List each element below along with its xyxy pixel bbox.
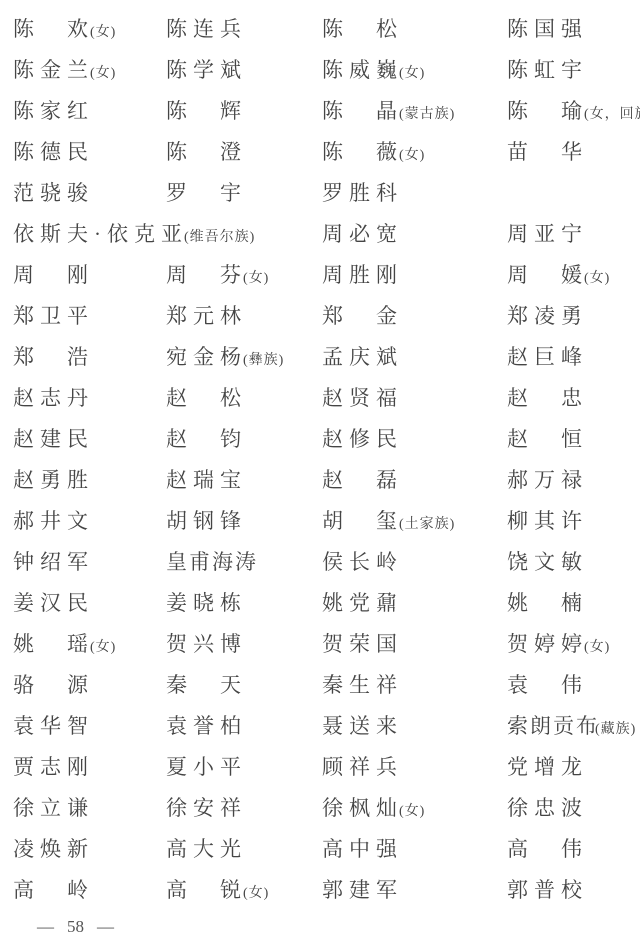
person-name: 贺婷婷: [507, 632, 588, 656]
person-name: 赵 忠: [507, 386, 588, 410]
gender-ethnicity-note: (女): [399, 804, 425, 819]
name-entry: 皇甫海涛: [166, 552, 322, 573]
person-name: 高 锐: [166, 878, 247, 902]
name-entry: 赵建民: [13, 429, 166, 450]
person-name: 高 岭: [13, 878, 94, 902]
name-row: 陈 欢(女)陈连兵陈 松陈国强: [13, 9, 640, 50]
gender-ethnicity-note: (女): [90, 640, 116, 655]
name-row: 郑 浩宛金杨(彝族)孟庆斌赵巨峰: [13, 337, 640, 378]
person-name: 贾志刚: [13, 755, 94, 779]
person-name: 饶文敏: [507, 550, 588, 574]
name-row: 钟绍军皇甫海涛侯长岭饶文敏: [13, 542, 640, 583]
person-name: 徐忠波: [507, 796, 588, 820]
person-name: 姚 瑶: [13, 632, 94, 656]
name-entry: 陈威巍(女): [322, 60, 507, 81]
name-entry: 郝万禄: [507, 470, 640, 491]
person-name: 姚党鼐: [322, 591, 403, 615]
gender-ethnicity-note: (女): [90, 25, 116, 40]
person-name: 陈国强: [507, 17, 588, 41]
person-name: 赵勇胜: [13, 468, 94, 492]
name-row: 骆 源秦 天秦生祥袁 伟: [13, 665, 640, 706]
person-name: 胡 玺: [322, 509, 403, 533]
name-entry: 陈德民: [13, 142, 166, 163]
person-name: 陈 松: [322, 17, 403, 41]
person-name: 赵 磊: [322, 468, 403, 492]
name-entry: 周 媛(女): [507, 265, 640, 286]
name-entry: 贾志刚: [13, 757, 166, 778]
name-entry: 姚 瑶(女): [13, 634, 166, 655]
name-entry: 郑 金: [322, 306, 507, 327]
person-name: 郝万禄: [507, 468, 588, 492]
name-entry: 宛金杨(彝族): [166, 347, 322, 368]
name-row: 贾志刚夏小平顾祥兵党增龙: [13, 747, 640, 788]
gender-ethnicity-note: (女): [243, 271, 269, 286]
name-entry: 侯长岭: [322, 552, 507, 573]
name-entry: 郑凌勇: [507, 306, 640, 327]
gender-ethnicity-note: (女): [399, 148, 425, 163]
name-entry: 依斯夫·依克亚(维吾尔族): [13, 224, 322, 245]
name-entry: 高大光: [166, 839, 322, 860]
name-entry: 陈学斌: [166, 60, 322, 81]
person-name: 郑元林: [166, 304, 247, 328]
name-row: 郝井文胡钢锋胡 玺(土家族)柳其许: [13, 501, 640, 542]
name-entry: 陈 薇(女): [322, 142, 507, 163]
name-entry: 袁 伟: [507, 675, 640, 696]
person-name: 陈 澄: [166, 140, 247, 164]
name-row: 凌焕新高大光高中强高 伟: [13, 829, 640, 870]
person-name: 孟庆斌: [322, 345, 403, 369]
name-row: 周 刚周 芬(女)周胜刚周 媛(女): [13, 255, 640, 296]
name-entry: 郑 浩: [13, 347, 166, 368]
name-row: 赵志丹赵 松赵贤福赵 忠: [13, 378, 640, 419]
person-name: 陈德民: [13, 140, 94, 164]
person-name: 高 伟: [507, 837, 588, 861]
name-row: 徐立谦徐安祥徐枫灿(女)徐忠波: [13, 788, 640, 829]
person-name: 周 芬: [166, 263, 247, 287]
person-name: 陈 瑜: [507, 99, 588, 123]
name-row: 陈金兰(女)陈学斌陈威巍(女)陈虹宇: [13, 50, 640, 91]
person-name: 索朗贡布: [507, 714, 599, 738]
name-entry: 周 芬(女): [166, 265, 322, 286]
person-name: 徐立谦: [13, 796, 94, 820]
person-name: 柳其许: [507, 509, 588, 533]
gender-ethnicity-note: (女): [90, 66, 116, 81]
name-entry: 高 岭: [13, 880, 166, 901]
name-row: 赵建民赵 钧赵修民赵 恒: [13, 419, 640, 460]
name-row: 高 岭高 锐(女)郭建军郭普校: [13, 870, 640, 911]
name-entry: 陈家红: [13, 101, 166, 122]
name-entry: 赵瑞宝: [166, 470, 322, 491]
name-entry: 姚党鼐: [322, 593, 507, 614]
name-entry: 胡 玺(土家族): [322, 511, 507, 532]
name-entry: 高中强: [322, 839, 507, 860]
person-name: 罗胜科: [322, 181, 403, 205]
name-entry: 陈 晶(蒙古族): [322, 101, 507, 122]
person-name: 党增龙: [507, 755, 588, 779]
person-name: 罗 宇: [166, 181, 247, 205]
footer-dash-right: —: [97, 917, 114, 937]
name-entry: 袁华智: [13, 716, 166, 737]
person-name: 陈学斌: [166, 58, 247, 82]
person-name: 周亚宁: [507, 222, 588, 246]
person-name: 赵贤福: [322, 386, 403, 410]
name-entry: 罗胜科: [322, 183, 507, 204]
document-page: 陈 欢(女)陈连兵陈 松陈国强陈金兰(女)陈学斌陈威巍(女)陈虹宇陈家红陈 辉陈…: [0, 0, 640, 947]
name-entry: 赵贤福: [322, 388, 507, 409]
name-entry: 陈国强: [507, 19, 640, 40]
page-number: 58: [67, 917, 84, 937]
name-entry: 陈 欢(女): [13, 19, 166, 40]
name-entry: 陈连兵: [166, 19, 322, 40]
name-entry: 范骁骏: [13, 183, 166, 204]
name-entry: 柳其许: [507, 511, 640, 532]
gender-ethnicity-note: (女): [584, 640, 610, 655]
name-entry: 郭建军: [322, 880, 507, 901]
person-name: 周 媛: [507, 263, 588, 287]
person-name: 郑卫平: [13, 304, 94, 328]
gender-ethnicity-note: (土家族): [399, 517, 455, 532]
name-entry: 陈 瑜(女，回族): [507, 101, 640, 122]
name-entry: 陈 松: [322, 19, 507, 40]
person-name: 陈 欢: [13, 17, 94, 41]
person-name: 赵修民: [322, 427, 403, 451]
name-entry: 罗 宇: [166, 183, 322, 204]
person-name: 徐枫灿: [322, 796, 403, 820]
person-name: 胡钢锋: [166, 509, 247, 533]
person-name: 贺荣国: [322, 632, 403, 656]
name-entry: 孟庆斌: [322, 347, 507, 368]
name-entry: 周亚宁: [507, 224, 640, 245]
person-name: 郭建军: [322, 878, 403, 902]
name-entry: 饶文敏: [507, 552, 640, 573]
name-row: 依斯夫·依克亚(维吾尔族)周必宽周亚宁: [13, 214, 640, 255]
name-entry: 赵 恒: [507, 429, 640, 450]
name-entry: 赵 忠: [507, 388, 640, 409]
name-entry: 陈 辉: [166, 101, 322, 122]
name-entry: 陈虹宇: [507, 60, 640, 81]
name-entry: 秦生祥: [322, 675, 507, 696]
name-entry: 聂送来: [322, 716, 507, 737]
person-name: 陈 晶: [322, 99, 403, 123]
name-entry: 胡钢锋: [166, 511, 322, 532]
name-row: 袁华智袁誉柏聂送来索朗贡布(藏族): [13, 706, 640, 747]
page-footer: — 58 —: [13, 917, 640, 937]
person-name: 范骁骏: [13, 181, 94, 205]
name-entry: 贺婷婷(女): [507, 634, 640, 655]
gender-ethnicity-note: (女，回族): [584, 107, 640, 122]
person-name: 郑凌勇: [507, 304, 588, 328]
name-entry: 姜汉民: [13, 593, 166, 614]
person-name: 陈 辉: [166, 99, 247, 123]
person-name: 袁华智: [13, 714, 94, 738]
person-name: 皇甫海涛: [166, 550, 258, 574]
name-entry: 郝井文: [13, 511, 166, 532]
name-list: 陈 欢(女)陈连兵陈 松陈国强陈金兰(女)陈学斌陈威巍(女)陈虹宇陈家红陈 辉陈…: [13, 9, 640, 911]
person-name: 贺兴博: [166, 632, 247, 656]
person-name: 赵 松: [166, 386, 247, 410]
name-entry: 党增龙: [507, 757, 640, 778]
person-name: 周 刚: [13, 263, 94, 287]
name-entry: 徐安祥: [166, 798, 322, 819]
name-entry: 凌焕新: [13, 839, 166, 860]
name-entry: 郑元林: [166, 306, 322, 327]
name-entry: 徐忠波: [507, 798, 640, 819]
person-name: 郑 金: [322, 304, 403, 328]
person-name: 凌焕新: [13, 837, 94, 861]
person-name: 顾祥兵: [322, 755, 403, 779]
name-entry: 赵 钧: [166, 429, 322, 450]
person-name: 陈虹宇: [507, 58, 588, 82]
footer-dash-left: —: [37, 917, 54, 937]
name-row: 陈家红陈 辉陈 晶(蒙古族)陈 瑜(女，回族): [13, 91, 640, 132]
person-name: 聂送来: [322, 714, 403, 738]
person-name: 赵 钧: [166, 427, 247, 451]
gender-ethnicity-note: (彝族): [243, 353, 284, 368]
person-name: 赵 恒: [507, 427, 588, 451]
person-name: 陈威巍: [322, 58, 403, 82]
name-row: 赵勇胜赵瑞宝赵 磊郝万禄: [13, 460, 640, 501]
name-entry: 贺荣国: [322, 634, 507, 655]
person-name: 高中强: [322, 837, 403, 861]
name-row: 陈德民陈 澄陈 薇(女)苗 华: [13, 132, 640, 173]
person-name: 秦生祥: [322, 673, 403, 697]
person-name: 赵建民: [13, 427, 94, 451]
person-name: 苗 华: [507, 140, 588, 164]
name-entry: 陈金兰(女): [13, 60, 166, 81]
name-entry: 顾祥兵: [322, 757, 507, 778]
person-name: 陈家红: [13, 99, 94, 123]
person-name: 秦 天: [166, 673, 247, 697]
name-entry: 郑卫平: [13, 306, 166, 327]
name-entry: 骆 源: [13, 675, 166, 696]
name-entry: 周必宽: [322, 224, 507, 245]
name-entry: 周 刚: [13, 265, 166, 286]
name-row: 姚 瑶(女)贺兴博贺荣国贺婷婷(女): [13, 624, 640, 665]
name-entry: 赵 磊: [322, 470, 507, 491]
person-name: 郭普校: [507, 878, 588, 902]
person-name: 郝井文: [13, 509, 94, 533]
name-entry: 夏小平: [166, 757, 322, 778]
person-name: 姜晓栋: [166, 591, 247, 615]
name-entry: 赵勇胜: [13, 470, 166, 491]
gender-ethnicity-note: (蒙古族): [399, 107, 455, 122]
person-name: 袁誉柏: [166, 714, 247, 738]
person-name: 陈连兵: [166, 17, 247, 41]
name-entry: 赵巨峰: [507, 347, 640, 368]
gender-ethnicity-note: (女): [399, 66, 425, 81]
name-entry: 高 锐(女): [166, 880, 322, 901]
name-entry: 陈 澄: [166, 142, 322, 163]
person-name: 赵瑞宝: [166, 468, 247, 492]
person-name: 姚 楠: [507, 591, 588, 615]
person-name: 郑 浩: [13, 345, 94, 369]
person-name: 依斯夫·依克亚: [13, 222, 188, 246]
person-name: 姜汉民: [13, 591, 94, 615]
gender-ethnicity-note: (藏族): [595, 722, 636, 737]
name-entry: 赵 松: [166, 388, 322, 409]
person-name: 赵巨峰: [507, 345, 588, 369]
person-name: 钟绍军: [13, 550, 94, 574]
name-entry: 苗 华: [507, 142, 640, 163]
person-name: 高大光: [166, 837, 247, 861]
person-name: 骆 源: [13, 673, 94, 697]
name-entry: 索朗贡布(藏族): [507, 716, 640, 737]
name-entry: 袁誉柏: [166, 716, 322, 737]
gender-ethnicity-note: (女): [243, 886, 269, 901]
person-name: 陈 薇: [322, 140, 403, 164]
name-row: 郑卫平郑元林郑 金郑凌勇: [13, 296, 640, 337]
name-entry: 赵修民: [322, 429, 507, 450]
gender-ethnicity-note: (维吾尔族): [184, 230, 255, 245]
name-entry: 周胜刚: [322, 265, 507, 286]
person-name: 宛金杨: [166, 345, 247, 369]
name-entry: 高 伟: [507, 839, 640, 860]
name-entry: 姜晓栋: [166, 593, 322, 614]
name-entry: 姚 楠: [507, 593, 640, 614]
person-name: 陈金兰: [13, 58, 94, 82]
name-entry: 徐立谦: [13, 798, 166, 819]
name-row: 姜汉民姜晓栋姚党鼐姚 楠: [13, 583, 640, 624]
name-entry: 徐枫灿(女): [322, 798, 507, 819]
person-name: 袁 伟: [507, 673, 588, 697]
person-name: 徐安祥: [166, 796, 247, 820]
person-name: 赵志丹: [13, 386, 94, 410]
name-entry: 郭普校: [507, 880, 640, 901]
name-entry: 秦 天: [166, 675, 322, 696]
person-name: 周胜刚: [322, 263, 403, 287]
person-name: 侯长岭: [322, 550, 403, 574]
name-row: 范骁骏罗 宇罗胜科: [13, 173, 640, 214]
name-entry: 贺兴博: [166, 634, 322, 655]
name-entry: 赵志丹: [13, 388, 166, 409]
person-name: 周必宽: [322, 222, 403, 246]
person-name: 夏小平: [166, 755, 247, 779]
gender-ethnicity-note: (女): [584, 271, 610, 286]
name-entry: 钟绍军: [13, 552, 166, 573]
